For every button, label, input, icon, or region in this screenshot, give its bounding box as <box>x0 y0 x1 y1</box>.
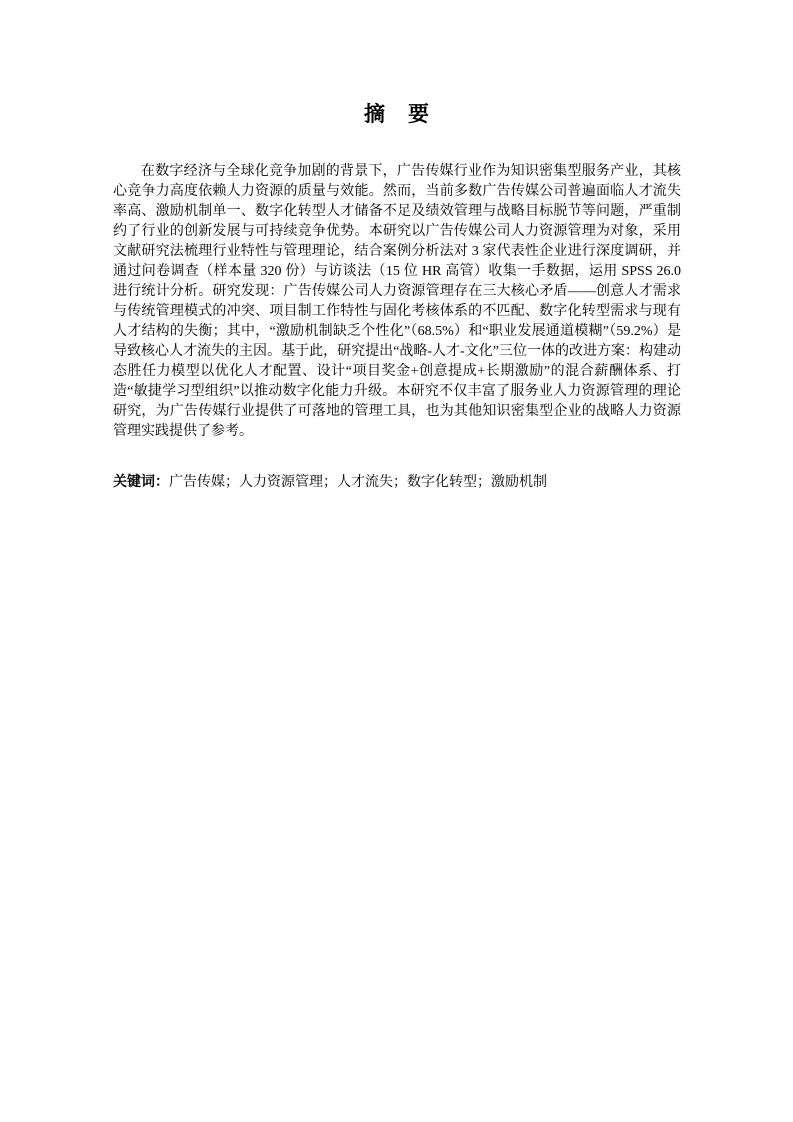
abstract-paragraph: 在数字经济与全球化竞争加剧的背景下，广告传媒行业作为知识密集型服务产业，其核心竞… <box>113 162 681 442</box>
page-title: 摘 要 <box>113 100 681 128</box>
keywords-label: 关键词： <box>113 475 169 490</box>
document-page: 摘 要 在数字经济与全球化竞争加剧的背景下，广告传媒行业作为知识密集型服务产业，… <box>0 0 793 1122</box>
keywords-line: 关键词：广告传媒；人力资源管理；人才流失；数字化转型；激励机制 <box>113 473 681 493</box>
keywords-text: 广告传媒；人力资源管理；人才流失；数字化转型；激励机制 <box>169 475 547 490</box>
